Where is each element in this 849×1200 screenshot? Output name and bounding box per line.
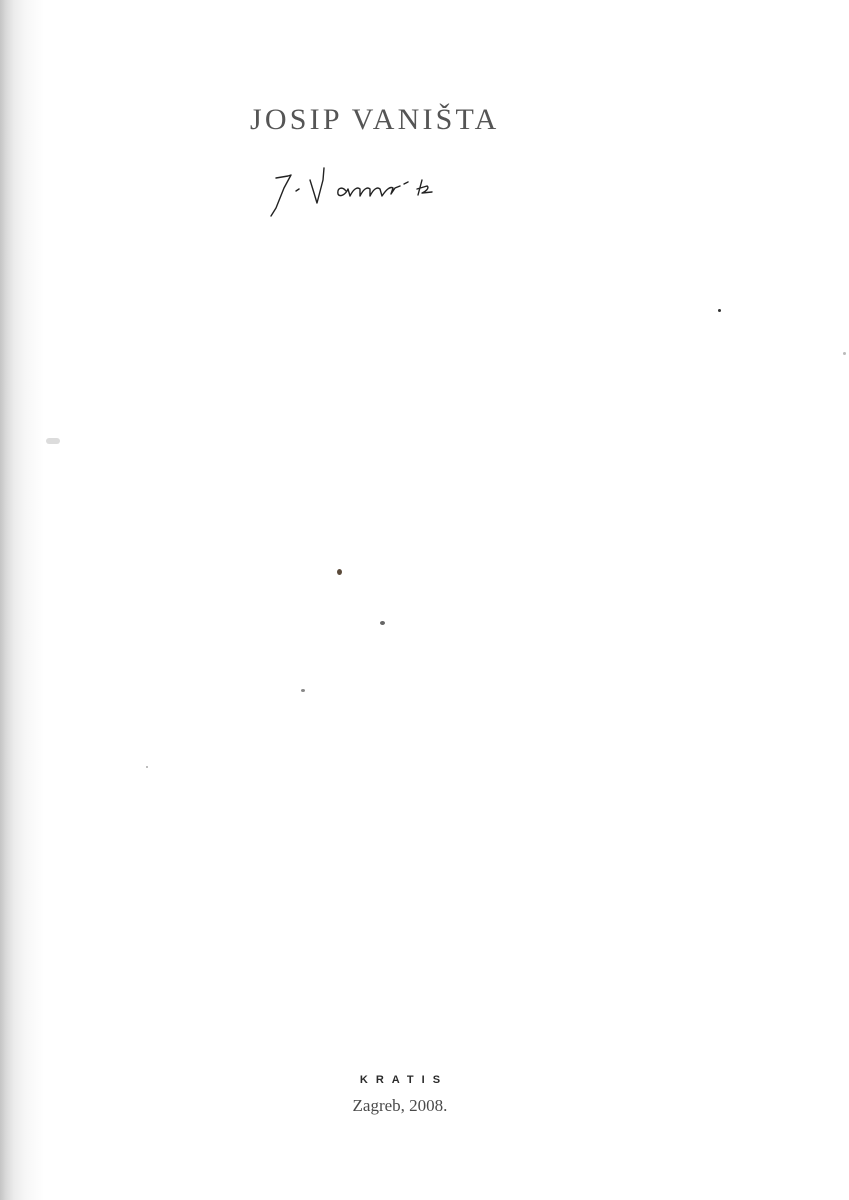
publisher-name: KRATIS bbox=[300, 1074, 500, 1086]
dust-speck bbox=[337, 569, 342, 575]
dust-speck bbox=[380, 621, 385, 625]
dust-speck bbox=[301, 689, 305, 692]
author-title: JOSIP VANIŠTA bbox=[250, 100, 550, 140]
dust-speck bbox=[843, 352, 846, 355]
book-title-page: JOSIP VANIŠTA KRATIS Zagreb, 2008. bbox=[0, 0, 849, 1200]
handwritten-signature-icon bbox=[262, 158, 492, 224]
dust-speck bbox=[146, 766, 148, 768]
place-and-year: Zagreb, 2008. bbox=[300, 1096, 500, 1116]
dust-speck bbox=[46, 438, 60, 444]
dust-speck bbox=[718, 309, 721, 312]
